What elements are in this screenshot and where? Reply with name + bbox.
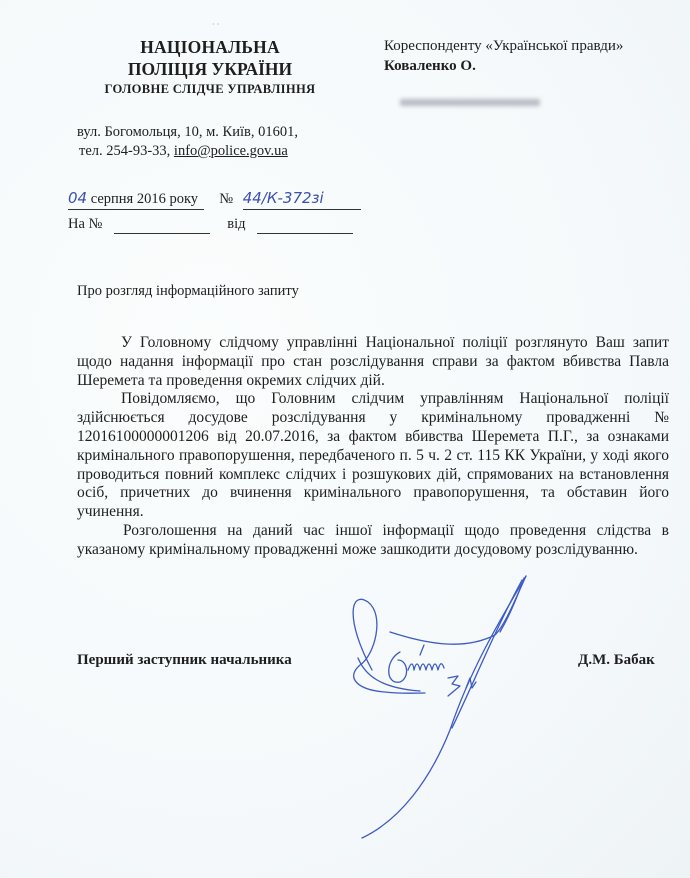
addressee-name: Коваленко О. — [384, 56, 623, 76]
handwritten-signature — [290, 560, 550, 850]
body-paragraph: Розголошення на даний час іншої інформац… — [77, 522, 669, 560]
scan-speck: · · — [212, 20, 219, 29]
addressee-position: Кореспонденту «Української правди» — [384, 36, 623, 56]
signatory-title: Перший заступник начальника — [77, 652, 292, 669]
date-text: серпня 2016 року — [87, 191, 198, 207]
handwritten-day: 04 — [68, 189, 87, 207]
subject-line: Про розгляд інформаційного запиту — [77, 283, 299, 300]
body-paragraph: Повідомляємо, що Головним слідчим управл… — [77, 390, 669, 522]
org-address: вул. Богомольця, 10, м. Київ, 01601, — [77, 123, 298, 142]
org-phone: тел. 254-93-33, — [79, 143, 174, 159]
document-page: · · НАЦІОНАЛЬНА ПОЛІЦІЯ УКРАЇНИ ГОЛОВНЕ … — [0, 0, 690, 878]
reply-reference-line: На № від — [68, 214, 353, 234]
date-field: 04 серпня 2016 року — [68, 188, 204, 210]
reply-to-label: На № — [68, 216, 102, 232]
org-name-line1: НАЦІОНАЛЬНА — [60, 36, 360, 58]
redacted-email — [400, 93, 545, 105]
org-contacts: вул. Богомольця, 10, м. Київ, 01601, тел… — [77, 123, 298, 161]
reply-date-blank — [257, 219, 353, 234]
department-name: ГОЛОВНЕ СЛІДЧЕ УПРАВЛІННЯ — [60, 80, 360, 98]
signatory-name: Д.М. Бабак — [578, 652, 655, 669]
letterhead: НАЦІОНАЛЬНА ПОЛІЦІЯ УКРАЇНИ ГОЛОВНЕ СЛІД… — [60, 36, 360, 98]
number-field: 44/К-372зі — [243, 188, 361, 210]
reply-number-blank — [114, 219, 210, 234]
handwritten-number: 44/К-372зі — [243, 189, 324, 207]
body-paragraph: У Головному слідчому управлінні Націонал… — [77, 334, 669, 390]
addressee-block: Кореспонденту «Української правди» Ковал… — [384, 36, 623, 76]
org-name-line2: ПОЛІЦІЯ УКРАЇНИ — [60, 58, 360, 80]
registration-date-line: 04 серпня 2016 року № 44/К-372зі — [68, 188, 361, 210]
number-label: № — [219, 191, 233, 207]
org-email-link[interactable]: info@police.gov.ua — [174, 143, 288, 159]
from-label: від — [227, 216, 245, 232]
letter-body: У Головному слідчому управлінні Націонал… — [77, 334, 669, 560]
